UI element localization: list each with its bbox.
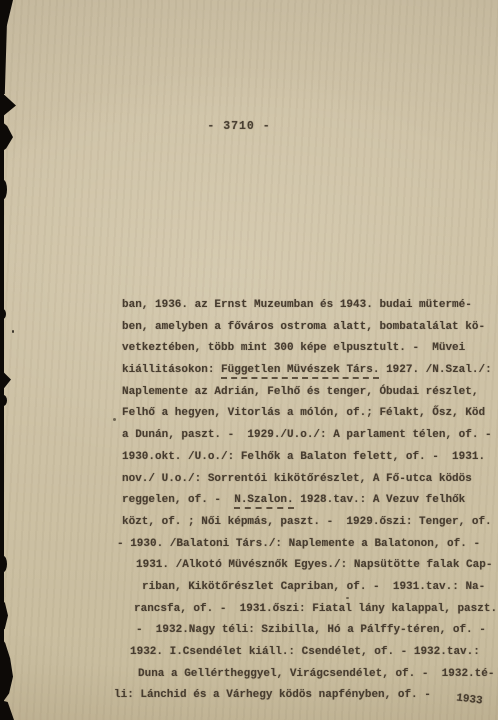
text-segment: rancsfa, of. - 1931.őszi: Fiatal lány ka… — [134, 603, 497, 615]
text-line: riban, Kikötőrészlet Capriban, of. - 193… — [142, 577, 497, 599]
typewritten-text: ban, 1936. az Ernst Muzeumban és 1943. b… — [122, 295, 497, 707]
text-line: kiállitásokon: Független Müvészek Társ. … — [122, 360, 497, 382]
text-segment: - 1930. /Balatoni Társ./: Naplemente a B… — [117, 538, 480, 550]
text-segment: a Dunán, paszt. - 1929./U.o./: A parlame… — [122, 429, 492, 441]
edge-artifact — [0, 395, 7, 406]
text-line: Duna a Gellértheggyel, Virágcsendélet, o… — [138, 664, 497, 686]
text-line: Naplemente az Adrián, Felhő és tenger, Ó… — [122, 382, 497, 404]
text-segment: Naplemente az Adrián, Felhő és tenger, Ó… — [122, 386, 478, 398]
text-segment: reggelen, of. - — [122, 494, 234, 506]
text-line: Felhő a hegyen, Vitorlás a mólón, of.; F… — [122, 403, 497, 425]
text-line: nov./ U.o./: Sorrentói kikötőrészlet, A … — [122, 469, 497, 491]
text-line: 1930.okt. /U.o./: Felhők a Balaton felet… — [122, 447, 497, 469]
text-line: 1931. /Alkotó Müvésznők Egyes./: Napsütö… — [136, 555, 497, 577]
text-segment: riban, Kikötőrészlet Capriban, of. - 193… — [142, 581, 485, 593]
edge-artifact — [0, 309, 6, 319]
text-segment: li: Lánchid és a Várhegy ködös napfénybe… — [114, 689, 437, 701]
text-line: ben, amelyben a főváros ostroma alatt, b… — [122, 317, 497, 339]
text-segment: nov./ U.o./: Sorrentói kikötőrészlet, A … — [122, 473, 472, 485]
text-line: közt, of. ; Női képmás, paszt. - 1929.ős… — [122, 512, 497, 534]
dropped-year: 1933 — [455, 689, 484, 714]
text-segment: 1930.okt. /U.o./: Felhők a Balaton felet… — [122, 451, 485, 463]
text-segment: 1931. /Alkotó Müvésznők Egyes./: Napsütö… — [136, 559, 492, 571]
paper-speck — [113, 418, 116, 421]
text-line: ban, 1936. az Ernst Muzeumban és 1943. b… — [122, 295, 497, 317]
paper-speck — [12, 330, 14, 333]
text-segment: Duna a Gellértheggyel, Virágcsendélet, o… — [138, 668, 494, 680]
underlined-text: Független Müvészek Társ. — [221, 364, 379, 379]
text-line: vetkeztében, több mint 300 képe elpusztu… — [122, 338, 497, 360]
text-segment: ban, 1936. az Ernst Muzeumban és 1943. b… — [122, 299, 472, 311]
text-segment: közt, of. ; Női képmás, paszt. - 1929.ős… — [122, 516, 492, 528]
edge-artifact — [0, 180, 7, 199]
text-segment: - 1932.Nagy téli: Szibilla, Hó a Pálffy-… — [136, 624, 486, 636]
text-segment: 1927. /N.Szal./: — [379, 364, 491, 376]
text-segment: 1928.tav.: A Vezuv felhők — [294, 494, 466, 506]
text-segment: ben, amelyben a főváros ostroma alatt, b… — [122, 321, 485, 333]
text-segment: kiállitásokon: — [122, 364, 221, 376]
text-line: li: Lánchid és a Várhegy ködös napfénybe… — [114, 685, 497, 707]
edge-artifact — [0, 556, 7, 572]
scanned-page: - 3710 - ban, 1936. az Ernst Muzeumban é… — [0, 0, 498, 720]
page-number: - 3710 - — [0, 120, 478, 133]
text-line: - 1932.Nagy téli: Szibilla, Hó a Pálffy-… — [136, 620, 497, 642]
text-segment: vetkeztében, több mint 300 képe elpusztu… — [122, 342, 465, 354]
text-segment: Felhő a hegyen, Vitorlás a mólón, of.; F… — [122, 407, 485, 419]
underlined-text: N.Szalon. — [234, 494, 293, 509]
text-line: - 1930. /Balatoni Társ./: Naplemente a B… — [117, 534, 497, 556]
text-segment: 1932. I.Csendélet kiáll.: Csendélet, of.… — [130, 646, 480, 658]
text-line: reggelen, of. - N.Szalon. 1928.tav.: A V… — [122, 490, 497, 512]
text-line: rancsfa, of. - 1931.őszi: Fiatal lány ka… — [134, 599, 497, 621]
text-line: 1932. I.Csendélet kiáll.: Csendélet, of.… — [130, 642, 497, 664]
text-line: a Dunán, paszt. - 1929./U.o./: A parlame… — [122, 425, 497, 447]
